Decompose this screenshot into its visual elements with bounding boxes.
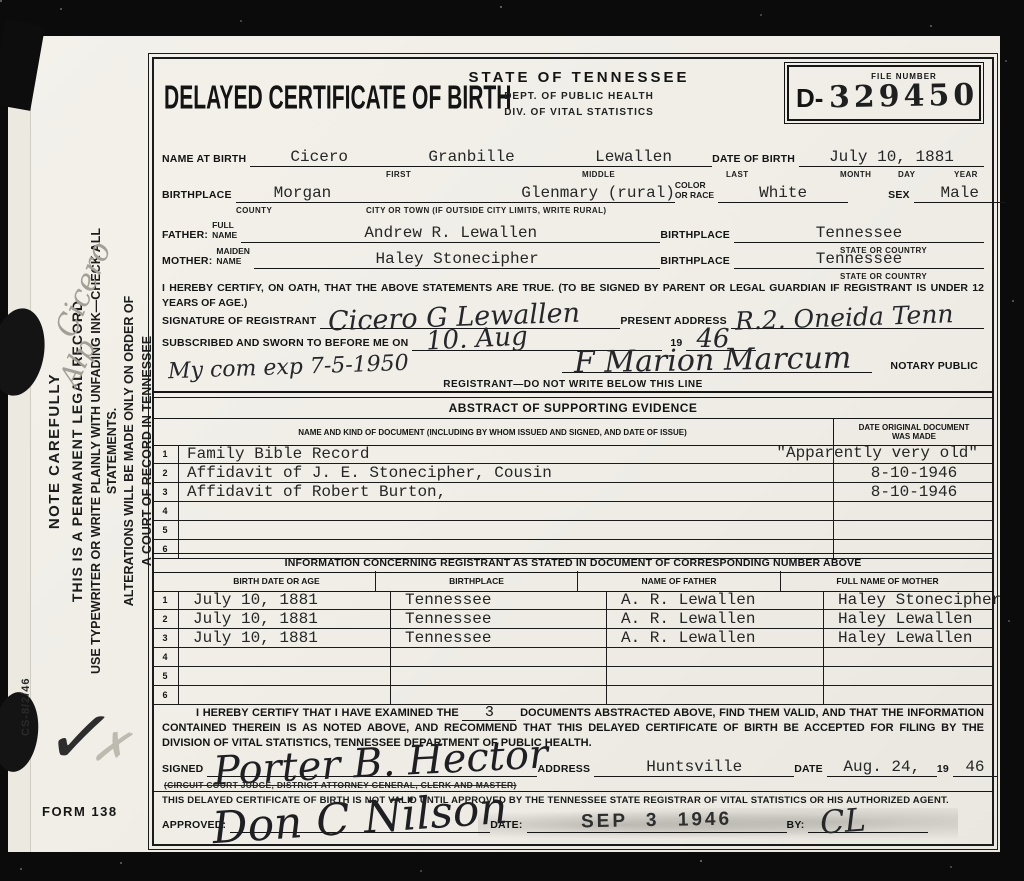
department-line: DEPT. OF PUBLIC HEALTH (454, 91, 704, 102)
info-birth-date: July 10, 1881 (179, 610, 390, 628)
last-sub-label: LAST (726, 170, 749, 179)
evidence-doc-name: Affidavit of J. E. Stonecipher, Cousin (179, 465, 833, 482)
father-name-blank: Andrew R. Lewallen (241, 224, 660, 243)
mother-birthplace-value: Tennessee (816, 250, 902, 268)
evidence-doc-date: 8-10-1946 (833, 483, 994, 501)
row-number: 1 (152, 591, 179, 609)
evidence-doc-name: Affidavit of Robert Burton, (179, 484, 833, 501)
certificate-body: DELAYED CERTIFICATE OF BIRTH STATE OF TE… (152, 57, 994, 846)
info-mother (823, 667, 994, 685)
info-birth-date (179, 686, 390, 704)
father-label: FATHER: (162, 230, 212, 243)
evidence-table-header: NAME AND KIND OF DOCUMENT (INCLUDING BY … (152, 419, 994, 446)
do-not-write-line: REGISTRANT—DO NOT WRITE BELOW THIS LINE (154, 379, 992, 390)
row-number: 3 (152, 483, 179, 501)
sworn-date-value: 10. Aug (426, 321, 529, 356)
evidence-date-header-line1: DATE ORIGINAL DOCUMENT (859, 423, 970, 432)
registrant-info-table: 1 July 10, 1881 Tennessee A. R. Lewallen… (152, 591, 994, 705)
registrant-info-row: 2 July 10, 1881 Tennessee A. R. Lewallen… (152, 610, 994, 629)
info-father: A. R. Lewallen (606, 610, 823, 628)
address-blank: Huntsville (594, 758, 794, 777)
county-sub-label: COUNTY (236, 206, 272, 215)
info-birth-date: July 10, 1881 (179, 591, 390, 609)
registrant-info-section-title: INFORMATION CONCERNING REGISTRANT AS STA… (152, 553, 994, 573)
year-sub-label: YEAR (954, 170, 978, 179)
approval-date-stamp: SEP 3 1946 (581, 809, 732, 834)
year-value: 46 (965, 758, 984, 776)
info-birthplace: Tennessee (390, 610, 606, 628)
info-father: A. R. Lewallen (606, 629, 823, 647)
row-number: 6 (152, 686, 179, 704)
info-birth-date (179, 667, 390, 685)
info-birth-date (179, 648, 390, 666)
day-sub-label: DAY (898, 170, 915, 179)
row-number: 1 (152, 445, 179, 463)
evidence-doc-note: "Apparently very old" (776, 445, 978, 462)
date-of-birth-blank: July 10, 1881 (799, 148, 984, 167)
father-sub-line2: NAME (212, 230, 237, 240)
mother-sub-label: MAIDENNAME (216, 247, 254, 269)
color-label-line1: COLOR (675, 180, 706, 190)
row-number: 4 (152, 502, 179, 520)
name-at-birth-label: NAME AT BIRTH (162, 154, 250, 167)
first-sub-label: FIRST (386, 170, 411, 179)
date-blank: Aug. 24, (827, 758, 937, 777)
row-number: 4 (152, 648, 179, 666)
by-initials-value: CL (819, 800, 867, 841)
row-number: 3 (152, 629, 179, 647)
registrant-info-row: 3 July 10, 1881 Tennessee A. R. Lewallen… (152, 629, 994, 648)
year-blank: 46 (953, 758, 997, 777)
mother-birthplace-label: BIRTHPLACE (660, 256, 734, 269)
county-value: Morgan (274, 185, 332, 202)
pencil-mark: ✗ (89, 720, 133, 776)
evidence-date-column-header: DATE ORIGINAL DOCUMENT WAS MADE (833, 419, 994, 445)
signature-of-registrant-label: SIGNATURE OF REGISTRANT (162, 316, 320, 329)
evidence-row: 1 Family Bible Record "Apparently very o… (152, 445, 994, 464)
evidence-doc-column-header: NAME AND KIND OF DOCUMENT (INCLUDING BY … (152, 419, 833, 445)
address-value: Huntsville (646, 758, 742, 776)
evidence-doc-name: Family Bible Record (179, 446, 833, 463)
approved-row: APPROVED: Don C Nilson DATE: SEP 3 1946 … (162, 807, 984, 833)
info-father: A. R. Lewallen (606, 591, 823, 609)
certification-pre-text: I HEREBY CERTIFY THAT I HAVE EXAMINED TH… (196, 707, 459, 719)
father-birthplace-label: BIRTHPLACE (660, 230, 734, 243)
father-sub-line1: FULL (212, 220, 234, 230)
info-mother (823, 686, 994, 704)
city-sub-label: CITY OR TOWN (IF OUTSIDE CITY LIMITS, WR… (366, 206, 606, 215)
info-father (606, 686, 823, 704)
by-label: BY: (787, 820, 809, 833)
last-name-value: Lewallen (595, 149, 672, 166)
margin-form-code: CS-8/2/46 (20, 606, 32, 736)
notary-zone: My com exp 7-5-1950 F Marion Marcum NOTA… (162, 353, 984, 379)
registrant-info-row: 1 July 10, 1881 Tennessee A. R. Lewallen… (152, 591, 994, 610)
evidence-doc-date (833, 502, 994, 520)
info-father (606, 648, 823, 666)
mother-sub-line2: NAME (216, 256, 241, 266)
father-row: FATHER: FULLNAME Andrew R. Lewallen BIRT… (162, 217, 984, 243)
sex-blank: Male (914, 184, 1006, 203)
info-mother (823, 648, 994, 666)
sworn-label: SUBSCRIBED AND SWORN TO BEFORE ME ON (162, 338, 412, 351)
registrant-info-header: BIRTH DATE OR AGE BIRTHPLACE NAME OF FAT… (152, 571, 994, 592)
name-row: NAME AT BIRTH Cicero Granbille Lewallen … (162, 145, 984, 167)
evidence-section-title: ABSTRACT OF SUPPORTING EVIDENCE (152, 398, 994, 419)
info-birthplace: Tennessee (390, 591, 606, 609)
evidence-date-header-line2: WAS MADE (892, 432, 936, 441)
section-divider-rule (152, 391, 994, 398)
evidence-row: 3 Affidavit of Robert Burton, 8-10-1946 (152, 483, 994, 502)
info-father (606, 667, 823, 685)
info-mother: Haley Lewallen (823, 610, 994, 628)
middle-sub-label: MIDDLE (582, 170, 615, 179)
mother-row: MOTHER: MAIDENNAME Haley Stonecipher BIR… (162, 245, 984, 269)
mother-sub-line1: MAIDEN (216, 246, 250, 256)
date-value: Aug. 24, (843, 758, 920, 776)
approved-date-blank: SEP 3 1946 (527, 810, 787, 833)
certificate-paper: NOTE CAREFULLY THIS IS A PERMANENT LEGAL… (8, 36, 1000, 852)
info-birthplace: Tennessee (390, 629, 606, 647)
mother-name-blank: Haley Stonecipher (254, 250, 660, 269)
scan-background: NOTE CAREFULLY THIS IS A PERMANENT LEGAL… (0, 0, 1024, 881)
document-count-value: 3 (462, 705, 516, 721)
first-name-value: Cicero (290, 149, 348, 166)
registrant-info-row: 6 (152, 686, 994, 705)
sex-label: SEX (888, 190, 914, 203)
name-blank: Cicero Granbille Lewallen (250, 149, 712, 167)
signed-signature-blank: Porter B. Hector (207, 776, 537, 777)
row-number: 2 (152, 610, 179, 628)
row-number: 2 (152, 464, 179, 482)
present-address-value: R.2. Oneida Tenn (734, 299, 953, 336)
registrant-info-row: 5 (152, 667, 994, 686)
registrant-info-row: 4 (152, 648, 994, 667)
father-column-header: NAME OF FATHER (577, 571, 780, 591)
evidence-table: 1 Family Bible Record "Apparently very o… (152, 445, 994, 559)
sex-value: Male (941, 184, 979, 202)
date-label: DATE (794, 764, 827, 777)
father-sub-label: FULLNAME (212, 221, 241, 243)
father-birthplace-blank: Tennessee (734, 224, 984, 243)
registrant-signature-row: SIGNATURE OF REGISTRANT Cicero G Lewalle… (162, 307, 984, 329)
scan-corner-shadow (0, 19, 45, 111)
file-number-box: D- FILE NUMBER 329450 (787, 65, 981, 121)
mother-name-value: Haley Stonecipher (376, 250, 539, 268)
info-mother: Haley Lewallen (823, 629, 994, 647)
signed-row: SIGNED Porter B. Hector ADDRESS Huntsvil… (162, 751, 984, 777)
scan-blot-top (0, 304, 51, 399)
birthplace-row: BIRTHPLACE Morgan Glenmary (rural) COLOR… (162, 181, 984, 203)
info-birthplace (390, 686, 606, 704)
row-number: 5 (152, 667, 179, 685)
year-prefix-printed: 19 (937, 764, 953, 777)
month-sub-label: MONTH (840, 170, 871, 179)
state-name: STATE OF TENNESSEE (454, 69, 704, 86)
evidence-doc-date: 8-10-1946 (833, 464, 994, 482)
info-birthplace (390, 648, 606, 666)
by-initials-blank: CL (808, 832, 928, 833)
date-of-birth-value: July 10, 1881 (829, 148, 954, 166)
mother-column-header: FULL NAME OF MOTHER (780, 571, 994, 591)
birth-date-column-header: BIRTH DATE OR AGE (178, 571, 375, 591)
evidence-row: 5 (152, 521, 994, 540)
signed-label: SIGNED (162, 764, 207, 777)
present-address-blank: R.2. Oneida Tenn (731, 328, 984, 329)
evidence-doc-date (833, 521, 994, 539)
birthplace-label: BIRTHPLACE (162, 190, 236, 203)
scan-noise (0, 0, 2, 2)
color-label-line2: OR RACE (675, 190, 714, 200)
notary-public-label: NOTARY PUBLIC (890, 361, 982, 374)
father-name-value: Andrew R. Lewallen (364, 224, 537, 242)
birthplace-blank: Morgan Glenmary (rural) (236, 185, 675, 203)
birthplace-column-header: BIRTHPLACE (375, 571, 577, 591)
approved-signature-blank: Don C Nilson (230, 832, 490, 833)
date-of-birth-label: DATE OF BIRTH (712, 154, 799, 167)
info-mother: Haley Stonecipher (823, 591, 1001, 609)
middle-name-value: Granbille (428, 149, 514, 166)
notary-signature: F Marion Marcum (574, 341, 852, 381)
info-birthplace (390, 667, 606, 685)
mother-state-sub-label: STATE OR COUNTRY (840, 272, 927, 281)
mother-label: MOTHER: (162, 256, 216, 269)
form-number: FORM 138 (42, 804, 118, 819)
division-line: DIV. OF VITAL STATISTICS (454, 107, 704, 118)
mother-birthplace-blank: Tennessee (734, 250, 984, 269)
evidence-row: 4 (152, 502, 994, 521)
race-value: White (759, 184, 807, 202)
state-header: STATE OF TENNESSEE DEPT. OF PUBLIC HEALT… (454, 69, 704, 118)
margin-note-line: ALTERATIONS WILL BE MADE ONLY ON ORDER O… (121, 98, 139, 804)
race-blank: White (718, 184, 848, 203)
file-prefix: D- (796, 83, 823, 114)
city-value: Glenmary (rural) (521, 185, 675, 202)
row-number: 5 (152, 521, 179, 539)
evidence-row: 2 Affidavit of J. E. Stonecipher, Cousin… (152, 464, 994, 483)
father-birthplace-value: Tennessee (816, 224, 902, 242)
color-or-race-label: COLOROR RACE (675, 181, 718, 203)
file-number-stamp: 329450 (829, 78, 975, 116)
info-birth-date: July 10, 1881 (179, 629, 390, 647)
